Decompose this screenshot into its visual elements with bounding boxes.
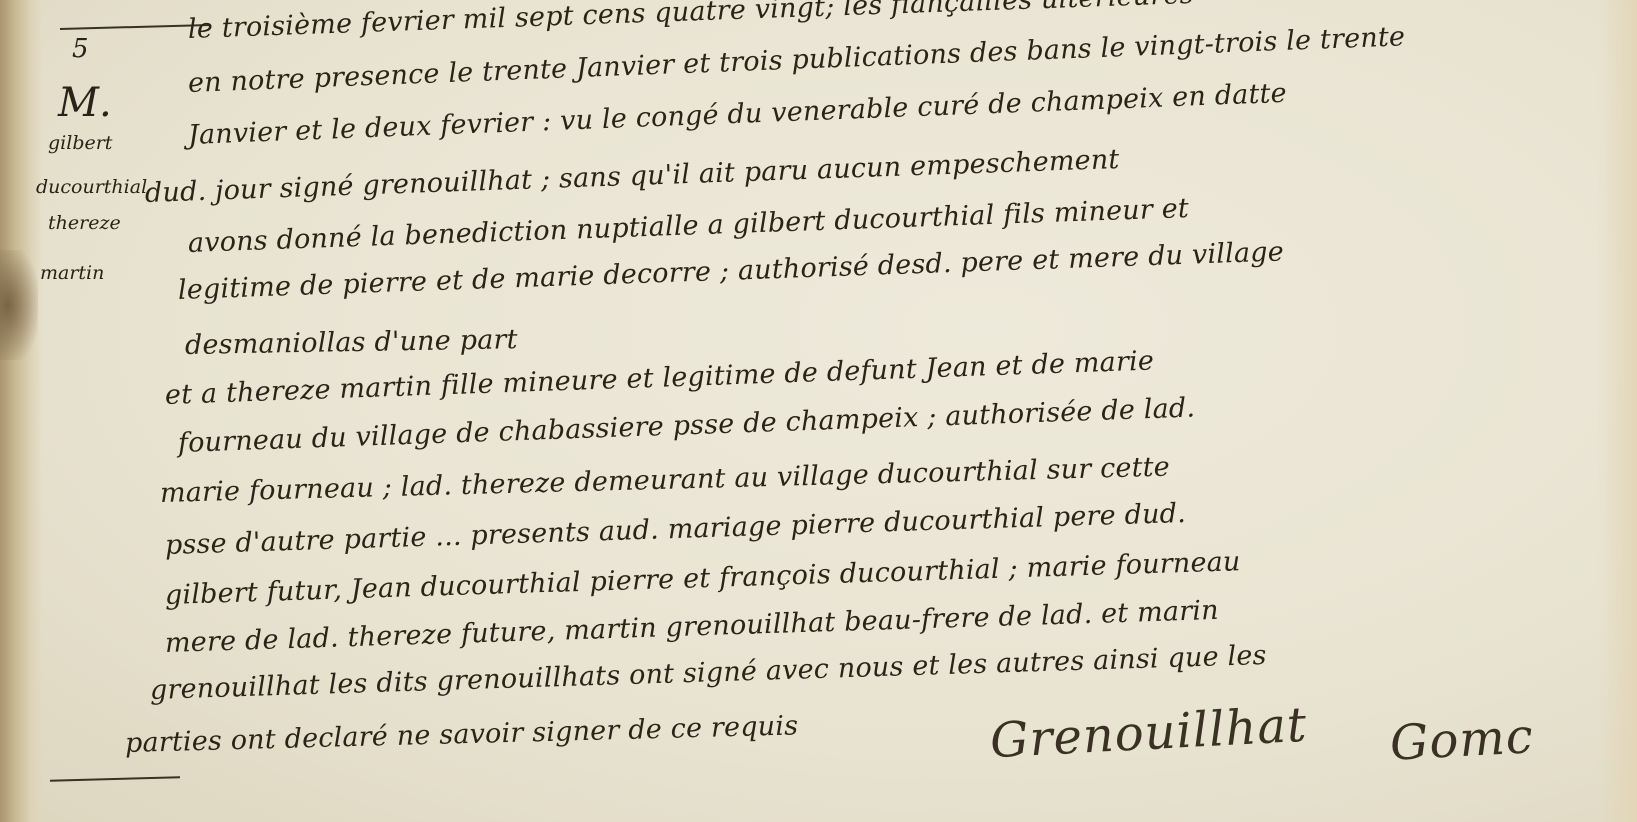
record-line-15: parties ont declaré ne savoir signer de … bbox=[125, 710, 799, 759]
signature-gomc: Gomc bbox=[1389, 708, 1535, 771]
entry-number: 5 bbox=[72, 34, 89, 64]
margin-name-gilbert: gilbert bbox=[48, 132, 112, 154]
entry-marriage-mark: M. bbox=[58, 80, 112, 126]
bottom-margin-rule bbox=[50, 776, 180, 781]
page-binding-edge bbox=[0, 0, 42, 822]
page-right-edge bbox=[1597, 0, 1637, 822]
margin-name-martin: martin bbox=[40, 262, 104, 284]
margin-name-thereze: thereze bbox=[48, 212, 121, 234]
record-line-10: marie fourneau ; lad. thereze demeurant … bbox=[160, 452, 1171, 509]
binding-stain bbox=[0, 250, 38, 360]
record-line-4: dud. jour signé grenouillhat ; sans qu'i… bbox=[144, 144, 1119, 209]
record-line-11: psse d'autre partie ... presents aud. ma… bbox=[165, 498, 1187, 561]
manuscript-page: 5 M. gilbert ducourthial thereze martin … bbox=[0, 0, 1637, 822]
signature-grenouillhat: Grenouillhat bbox=[989, 697, 1309, 770]
margin-name-ducourthial: ducourthial bbox=[36, 176, 147, 198]
record-line-7: desmaniollas d'une part bbox=[185, 324, 518, 361]
